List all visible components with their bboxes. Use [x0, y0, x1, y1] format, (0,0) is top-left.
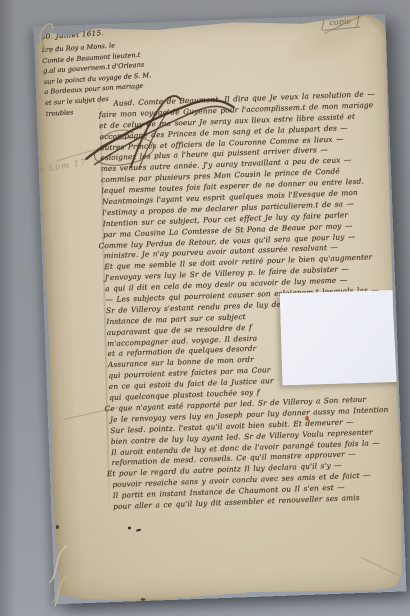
- white-cover-slip: [280, 290, 405, 386]
- edge-speck: [141, 598, 146, 601]
- binding-thread-icon: [28, 17, 58, 60]
- copy-note-label: copie: [329, 16, 351, 27]
- ink-speck: [128, 526, 131, 529]
- paper-sheet: 30. Juillet 1615. Lre du Roy a Mons. leC…: [34, 14, 407, 605]
- pencil-slash-mark: [356, 15, 360, 27]
- corner-crease-mark: [361, 557, 399, 576]
- ink-speck: [56, 525, 59, 529]
- ink-speck: [136, 528, 141, 531]
- manuscript-page: 30. Juillet 1615. Lre du Roy a Mons. leC…: [34, 14, 407, 605]
- photo-background: 30. Juillet 1615. Lre du Roy a Mons. leC…: [0, 0, 410, 616]
- frayed-thread-icon: [44, 542, 73, 613]
- ink-flourish-paraph: [70, 81, 253, 178]
- pencil-slash-mark: [321, 18, 325, 30]
